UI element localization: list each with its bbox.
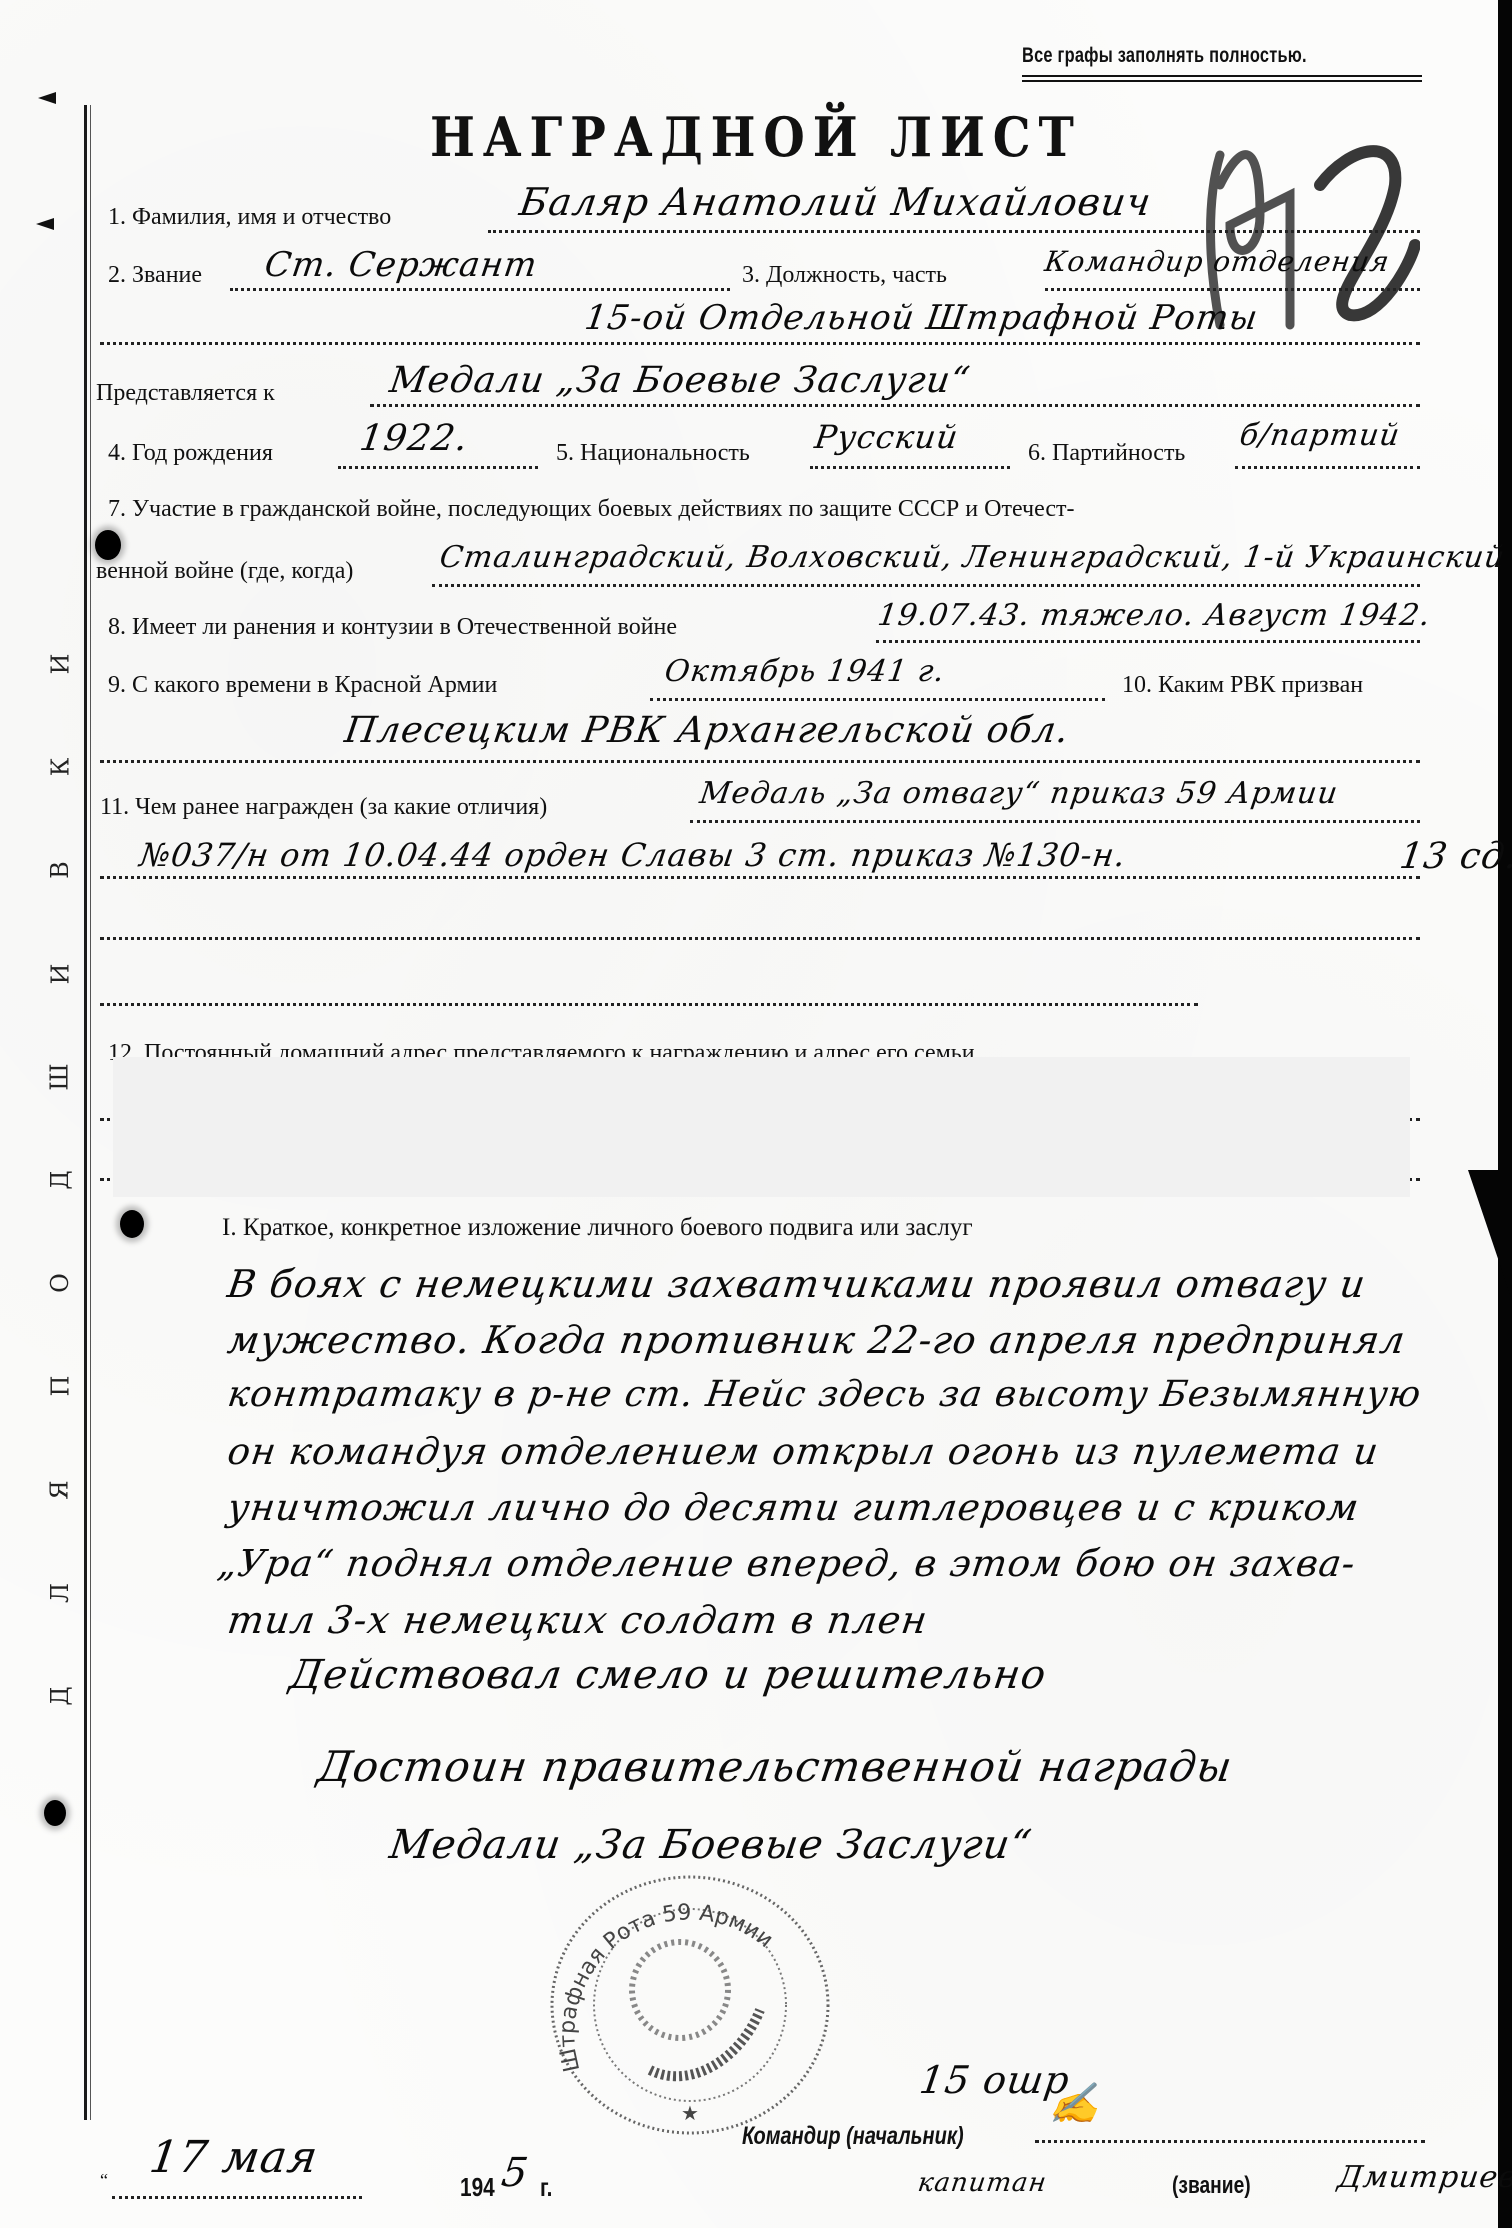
- unit-stamp: Штрафная Рота 59 Армии ★: [540, 1870, 840, 2140]
- field-label-draft-office: 10. Каким РВК призван: [1122, 672, 1363, 699]
- commander-rank: капитан: [916, 2168, 1049, 2198]
- year-suffix: г.: [540, 2172, 552, 2203]
- narrative-line: В боях с немецкими захватчиками проявил …: [225, 1262, 1369, 1306]
- caption-letter: И: [46, 654, 74, 675]
- caption-letter: И: [46, 963, 74, 984]
- field-label-nationality: 5. Национальность: [556, 440, 750, 467]
- margin-caption: Д Л Я П О Д Ш И В К И: [40, 650, 80, 1710]
- field-line: [100, 760, 1420, 763]
- field-line: [100, 342, 1420, 345]
- field-label-campaigns: 7. Участие в гражданской войне, последую…: [108, 496, 1074, 523]
- field-line: [100, 1003, 1198, 1006]
- punch-hole: [95, 530, 121, 560]
- svg-text:★: ★: [681, 2101, 699, 2125]
- commander-unit: 15 ошр: [917, 2058, 1073, 2102]
- field-value-presented[interactable]: Медали „За Боевые Заслуги“: [387, 360, 973, 401]
- field-value-previous-awards-2[interactable]: №037/н от 10.04.44 орден Славы 3 ст. при…: [137, 836, 1128, 874]
- narrative-line: уничтожил лично до десяти гитлеровцев и …: [225, 1486, 1362, 1529]
- award-sheet-page: Д Л Я П О Д Ш И В К И Все графы заполнят…: [0, 0, 1512, 2228]
- field-line: [690, 820, 1420, 823]
- field-label-position: 3. Должность, часть: [742, 262, 947, 289]
- margin-mark-icon: [38, 92, 56, 104]
- field-label-name: 1. Фамилия, имя и отчество: [108, 204, 391, 231]
- field-value-rank[interactable]: Ст. Сержант: [262, 245, 540, 285]
- narrative-line: „Ура“ поднял отделение вперед, в этом бо…: [215, 1542, 1359, 1585]
- field-line: [650, 698, 1105, 701]
- year-handwritten: 5: [499, 2150, 532, 2196]
- field-label-party: 6. Партийность: [1028, 440, 1185, 467]
- commander-signature: ✍: [1047, 2080, 1104, 2127]
- field-value-wounds[interactable]: 19.07.43. тяжело. Август 1942.: [876, 598, 1433, 633]
- field-line: [100, 937, 1420, 940]
- field-value-position[interactable]: Командир отделения: [1043, 245, 1392, 278]
- field-value-unit[interactable]: 15-ой Отдельной Штрафной Роты: [582, 298, 1261, 338]
- signature-date: 17 мая: [146, 2132, 321, 2183]
- field-label-birth-year: 4. Год рождения: [108, 440, 273, 467]
- caption-letter: Д: [46, 1686, 74, 1706]
- field-line: [230, 288, 730, 291]
- stamp-text: Штрафная Рота 59 Армии: [555, 1900, 777, 2074]
- notice-underline: [1022, 75, 1422, 77]
- notice-underline: [1022, 80, 1422, 82]
- caption-letter: Ш: [46, 1063, 74, 1090]
- narrative-line: он командуя отделением открыл огонь из п…: [225, 1430, 1382, 1473]
- caption-letter: П: [46, 1376, 74, 1397]
- torn-edge: [1498, 0, 1512, 2228]
- field-label-presented: Представляется к: [96, 380, 275, 407]
- field-line: [810, 466, 1010, 469]
- field-line: [488, 230, 1420, 233]
- narrative-heading: I. Краткое, конкретное изложение личного…: [222, 1214, 973, 1242]
- commander-surname: Дмитриев: [1336, 2160, 1512, 2195]
- year-printed: 194: [460, 2172, 495, 2203]
- torn-edge-notch: [1468, 1170, 1512, 1300]
- conclusion-line: Действовал смело и решительно: [287, 1652, 1050, 1698]
- conclusion-line: Медали „За Боевые Заслуги“: [387, 1822, 1035, 1868]
- margin-rule: [84, 105, 87, 2120]
- document-title: НАГРАДНОЙ ЛИСТ: [430, 105, 1082, 169]
- caption-letter: В: [46, 862, 74, 880]
- punch-hole: [44, 1800, 66, 1826]
- conclusion-line: Достоин правительственной награды: [315, 1742, 1236, 1791]
- field-label-rank: 2. Звание: [108, 262, 202, 289]
- margin-rule: [90, 105, 91, 2120]
- field-line: [432, 584, 1420, 587]
- field-label-campaigns-2: венной войне (где, когда): [96, 558, 353, 585]
- field-line: [876, 640, 1420, 643]
- field-value-service-since[interactable]: Октябрь 1941 г.: [663, 654, 948, 689]
- date-quote-mark: “: [100, 2170, 108, 2191]
- caption-letter: Л: [46, 1583, 74, 1603]
- redacted-address-block: [113, 1057, 1410, 1197]
- date-line: [112, 2196, 362, 2199]
- caption-letter: О: [46, 1273, 74, 1293]
- field-value-name[interactable]: Баляр Анатолий Михайлович: [517, 180, 1154, 224]
- caption-letter: Д: [46, 1170, 74, 1190]
- field-value-party[interactable]: б/партий: [1238, 418, 1403, 453]
- field-label-service-since: 9. С какого времени в Красной Армии: [108, 672, 497, 699]
- field-label-wounds: 8. Имеет ли ранения и контузии в Отечест…: [108, 614, 677, 641]
- field-value-draft-office[interactable]: Плесецким РВК Архангельской обл.: [342, 710, 1072, 751]
- rank-caption: (звание): [1172, 2172, 1251, 2200]
- narrative-line: мужество. Когда противник 22-го апреля п…: [225, 1318, 1409, 1362]
- caption-letter: Я: [46, 1480, 74, 1499]
- caption-letter: К: [46, 758, 74, 777]
- field-value-division-note: 13 сд.: [1397, 836, 1512, 877]
- field-value-campaigns[interactable]: Сталинградский, Волховский, Ленинградски…: [438, 540, 1512, 575]
- field-value-nationality[interactable]: Русский: [812, 418, 961, 456]
- commander-label: Командир (начальник): [742, 2122, 964, 2151]
- fill-all-notice: Все графы заполнять полностью.: [1022, 44, 1307, 68]
- field-value-previous-awards[interactable]: Медаль „За отвагу“ приказ 59 Армии: [698, 776, 1341, 811]
- field-label-previous-awards: 11. Чем ранее награжден (за какие отличи…: [100, 794, 547, 821]
- field-line: [1045, 288, 1420, 291]
- punch-hole: [120, 1210, 144, 1238]
- field-line: [370, 404, 1420, 407]
- field-line: [100, 876, 1420, 879]
- field-value-birth-year[interactable]: 1922.: [357, 418, 471, 459]
- narrative-line: контратаку в р-не ст. Нейс здесь за высо…: [225, 1374, 1424, 1415]
- margin-mark-icon: [36, 218, 54, 230]
- signature-line: [1035, 2140, 1425, 2143]
- narrative-line: тил 3-х немецких солдат в плен: [225, 1598, 931, 1642]
- field-line: [338, 466, 538, 469]
- field-line: [1235, 466, 1420, 469]
